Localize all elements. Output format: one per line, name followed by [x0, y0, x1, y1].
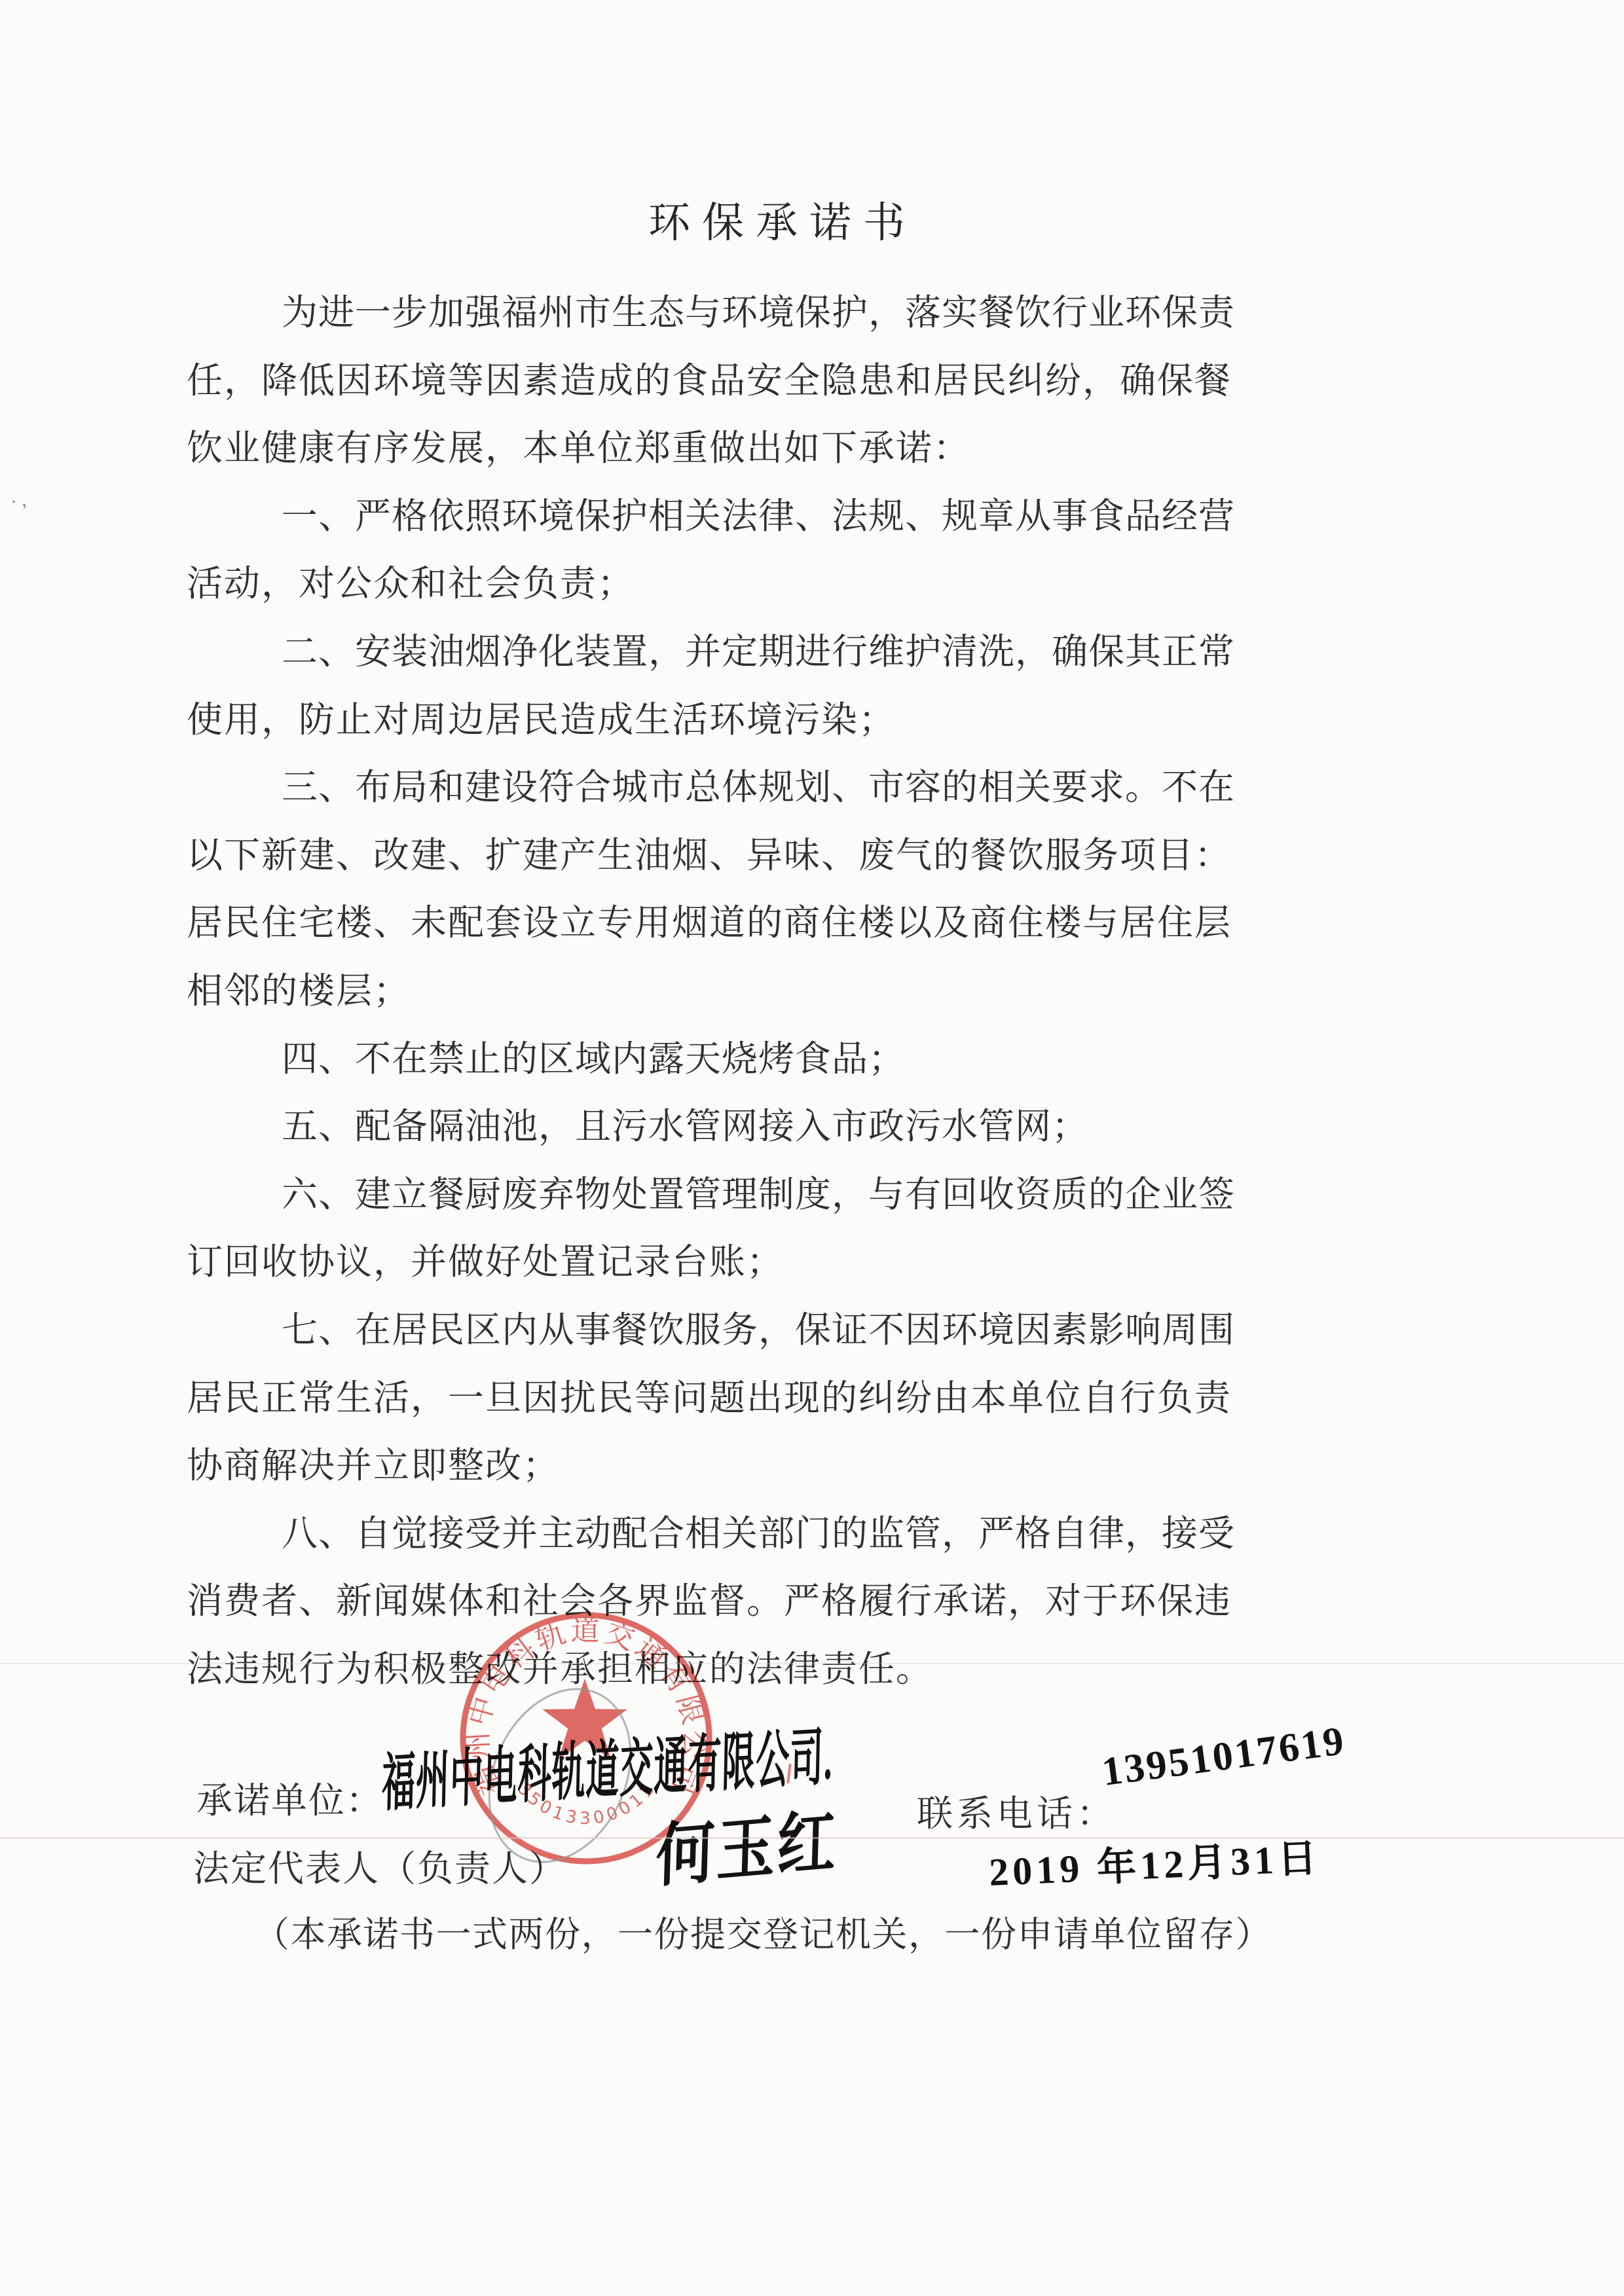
document-body: 为进一步加强福州市生态与环境保护，落实餐饮行业环保责 任，降低因环境等因素造成的…	[187, 279, 1241, 1703]
phone-number-handwritten: 13951017619	[1099, 1718, 1348, 1796]
body-line: 相邻的楼层；	[187, 957, 1241, 1025]
body-line: 二、安装油烟净化装置，并定期进行维护清洗，确保其正常	[187, 618, 1241, 686]
document-title: 环保承诺书	[648, 200, 917, 246]
body-line: 活动，对公众和社会负责；	[187, 550, 1241, 618]
body-line: 任，降低因环境等因素造成的食品安全隐患和居民纠纷，确保餐	[187, 347, 1241, 415]
phone-label: 联系电话：	[917, 1785, 1116, 1836]
body-line: 一、严格依照环境保护相关法律、法规、规章从事食品经营	[187, 483, 1241, 551]
body-line: 使用，防止对周边居民造成生活环境污染；	[187, 686, 1241, 754]
date-handwritten: 2019 年12月31日	[987, 1827, 1321, 1897]
body-line: 三、布局和建设符合城市总体规划、市容的相关要求。不在	[187, 754, 1241, 822]
body-line: 六、建立餐厨废弃物处置管理制度，与有回收资质的企业签	[187, 1161, 1241, 1229]
body-line: 五、配备隔油池，且污水管网接入市政污水管网；	[187, 1093, 1241, 1161]
margin-smudge-artifact: ·,	[9, 488, 32, 513]
legal-rep-signature-handwritten: 何玉红	[655, 1786, 840, 1901]
copies-note-line: （本承诺书一式两份，一份提交登记机关，一份申请单位留存）	[254, 1906, 1272, 1957]
body-line: 四、不在禁止的区域内露天烧烤食品；	[187, 1025, 1241, 1093]
scanned-document-page: 环保承诺书 为进一步加强福州市生态与环境保护，落实餐饮行业环保责 任，降低因环境…	[0, 0, 1624, 2296]
body-line: 为进一步加强福州市生态与环境保护，落实餐饮行业环保责	[187, 279, 1241, 347]
unit-label: 承诺单位：	[196, 1772, 383, 1823]
body-line: 饮业健康有序发展，本单位郑重做出如下承诺：	[187, 414, 1241, 483]
body-line: 居民正常生活，一旦因扰民等问题出现的纠纷由本单位自行负责	[187, 1364, 1241, 1432]
body-line: 协商解决并立即整改；	[187, 1432, 1241, 1500]
legal-representative-label: 法定代表人（负责人）	[193, 1840, 566, 1891]
body-line: 以下新建、改建、扩建产生油烟、异味、废气的餐饮服务项目：	[187, 822, 1241, 890]
body-line: 订回收协议，并做好处置记录台账；	[187, 1228, 1241, 1296]
body-line: 八、自觉接受并主动配合相关部门的监管，严格自律，接受	[187, 1500, 1241, 1568]
body-line: 居民住宅楼、未配套设立专用烟道的商住楼以及商住楼与居住层	[187, 889, 1241, 957]
body-line: 七、在居民区内从事餐饮服务，保证不因环境因素影响周围	[187, 1296, 1241, 1364]
